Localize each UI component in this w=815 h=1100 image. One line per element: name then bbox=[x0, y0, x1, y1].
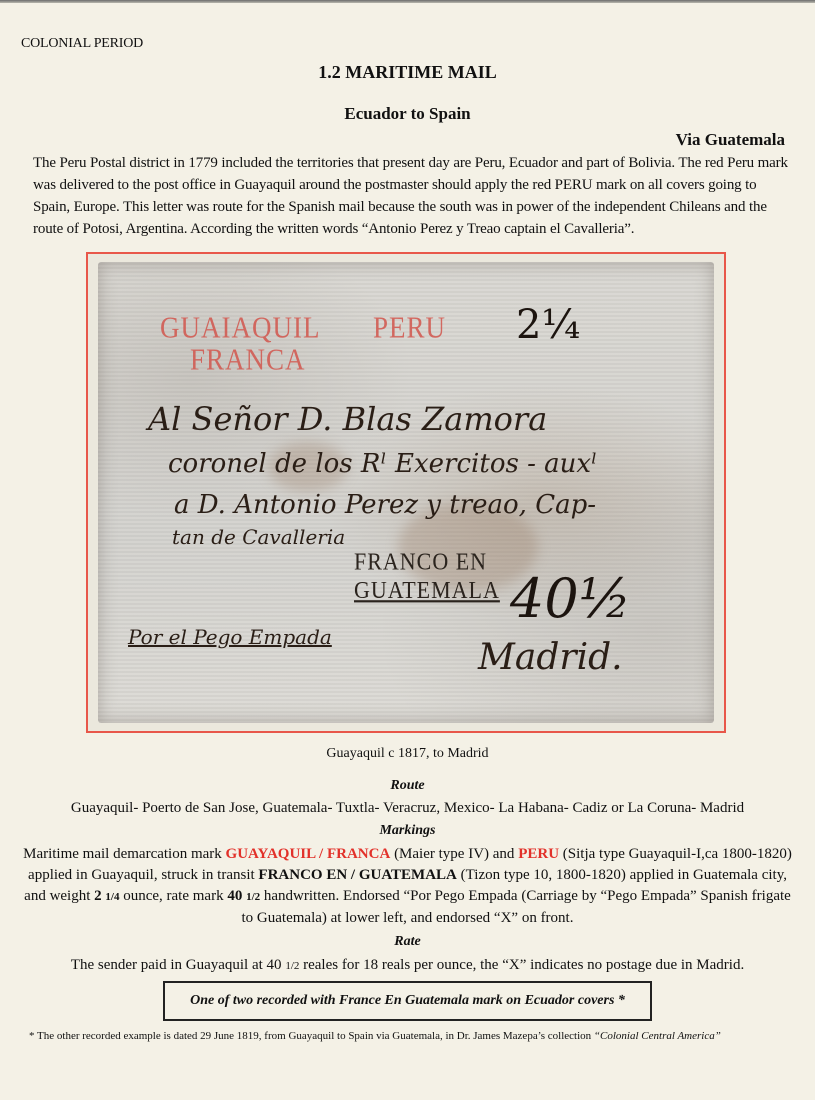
page-title: 1.2 MARITIME MAIL bbox=[0, 62, 815, 83]
weight-value: 2 bbox=[94, 888, 102, 904]
cover-caption: Guayaquil c 1817, to Madrid bbox=[0, 746, 815, 762]
rate-mark-handwritten: 40½ bbox=[510, 567, 631, 630]
rate-value: 40 bbox=[227, 888, 242, 904]
postal-cover-image: GUAIAQUIL PERU FRANCA 2¼ Al Señor D. Bla… bbox=[98, 262, 714, 723]
address-line: tan de Cavalleria bbox=[172, 525, 345, 549]
route-heading: Route bbox=[0, 778, 815, 794]
guayaquil-stamp: GUAIAQUIL bbox=[160, 310, 320, 346]
address-line: Al Señor D. Blas Zamora bbox=[148, 400, 547, 438]
address-line: coronel de los Rˡ Exercitos - auxˡ bbox=[168, 449, 597, 479]
markings-text-part: (Maier type IV) and bbox=[390, 846, 518, 862]
franca-stamp: FRANCA bbox=[190, 342, 306, 378]
rate-heading: Rate bbox=[0, 934, 815, 950]
rate-text-part: The sender paid in Guayaquil at 40 bbox=[71, 957, 286, 973]
page-subtitle: Ecuador to Spain bbox=[0, 104, 815, 124]
markings-text-part: ounce, rate mark bbox=[119, 888, 227, 904]
period-label: COLONIAL PERIOD bbox=[21, 36, 143, 52]
peru-stamp: PERU bbox=[373, 310, 446, 346]
address-line: a D. Antonio Perez y treao, Cap- bbox=[174, 490, 596, 520]
cover-image-frame: GUAIAQUIL PERU FRANCA 2¼ Al Señor D. Bla… bbox=[86, 252, 726, 733]
markings-text-part: handwritten. Endorsed “Por Pego Empada (… bbox=[242, 888, 791, 926]
markings-text: Maritime mail demarcation mark GUAYAQUIL… bbox=[20, 844, 795, 929]
intro-paragraph: The Peru Postal district in 1779 include… bbox=[33, 152, 795, 240]
franco-en-guatemala-stamp: FRANCO EN GUATEMALA bbox=[354, 547, 500, 604]
route-via-label: Via Guatemala bbox=[676, 130, 785, 150]
rate-fraction: 1/2 bbox=[285, 960, 299, 972]
weight-rate-mark: 2¼ bbox=[516, 302, 580, 348]
peru-highlight: PERU bbox=[518, 846, 559, 862]
franco-line-1: FRANCO EN bbox=[354, 547, 500, 576]
endorsement: Por el Pego Empada bbox=[128, 625, 332, 649]
franco-line-2: GUATEMALA bbox=[354, 576, 500, 605]
rarity-note-box: One of two recorded with France En Guate… bbox=[163, 981, 652, 1021]
rate-text-part: reales for 18 reals per ounce, the “X” i… bbox=[299, 957, 744, 973]
rarity-note: One of two recorded with France En Guate… bbox=[190, 993, 625, 1009]
weight-fraction: 1/4 bbox=[105, 891, 119, 903]
destination: Madrid. bbox=[478, 637, 623, 678]
franco-en-guatemala-highlight: FRANCO EN / GUATEMALA bbox=[258, 867, 456, 883]
footnote-text: * The other recorded example is dated 29… bbox=[29, 1030, 594, 1042]
route-text: Guayaquil- Poerto de San Jose, Guatemala… bbox=[20, 798, 795, 819]
footnote-collection-title: “Colonial Central America” bbox=[594, 1030, 721, 1042]
rate-text: The sender paid in Guayaquil at 40 1/2 r… bbox=[20, 955, 795, 977]
guayaquil-franca-highlight: GUAYAQUIL / FRANCA bbox=[226, 846, 391, 862]
rate-fraction: 1/2 bbox=[246, 891, 260, 903]
markings-heading: Markings bbox=[0, 823, 815, 839]
footnote: * The other recorded example is dated 29… bbox=[29, 1030, 809, 1042]
page-top-edge bbox=[0, 0, 815, 3]
markings-text-part: Maritime mail demarcation mark bbox=[23, 846, 225, 862]
